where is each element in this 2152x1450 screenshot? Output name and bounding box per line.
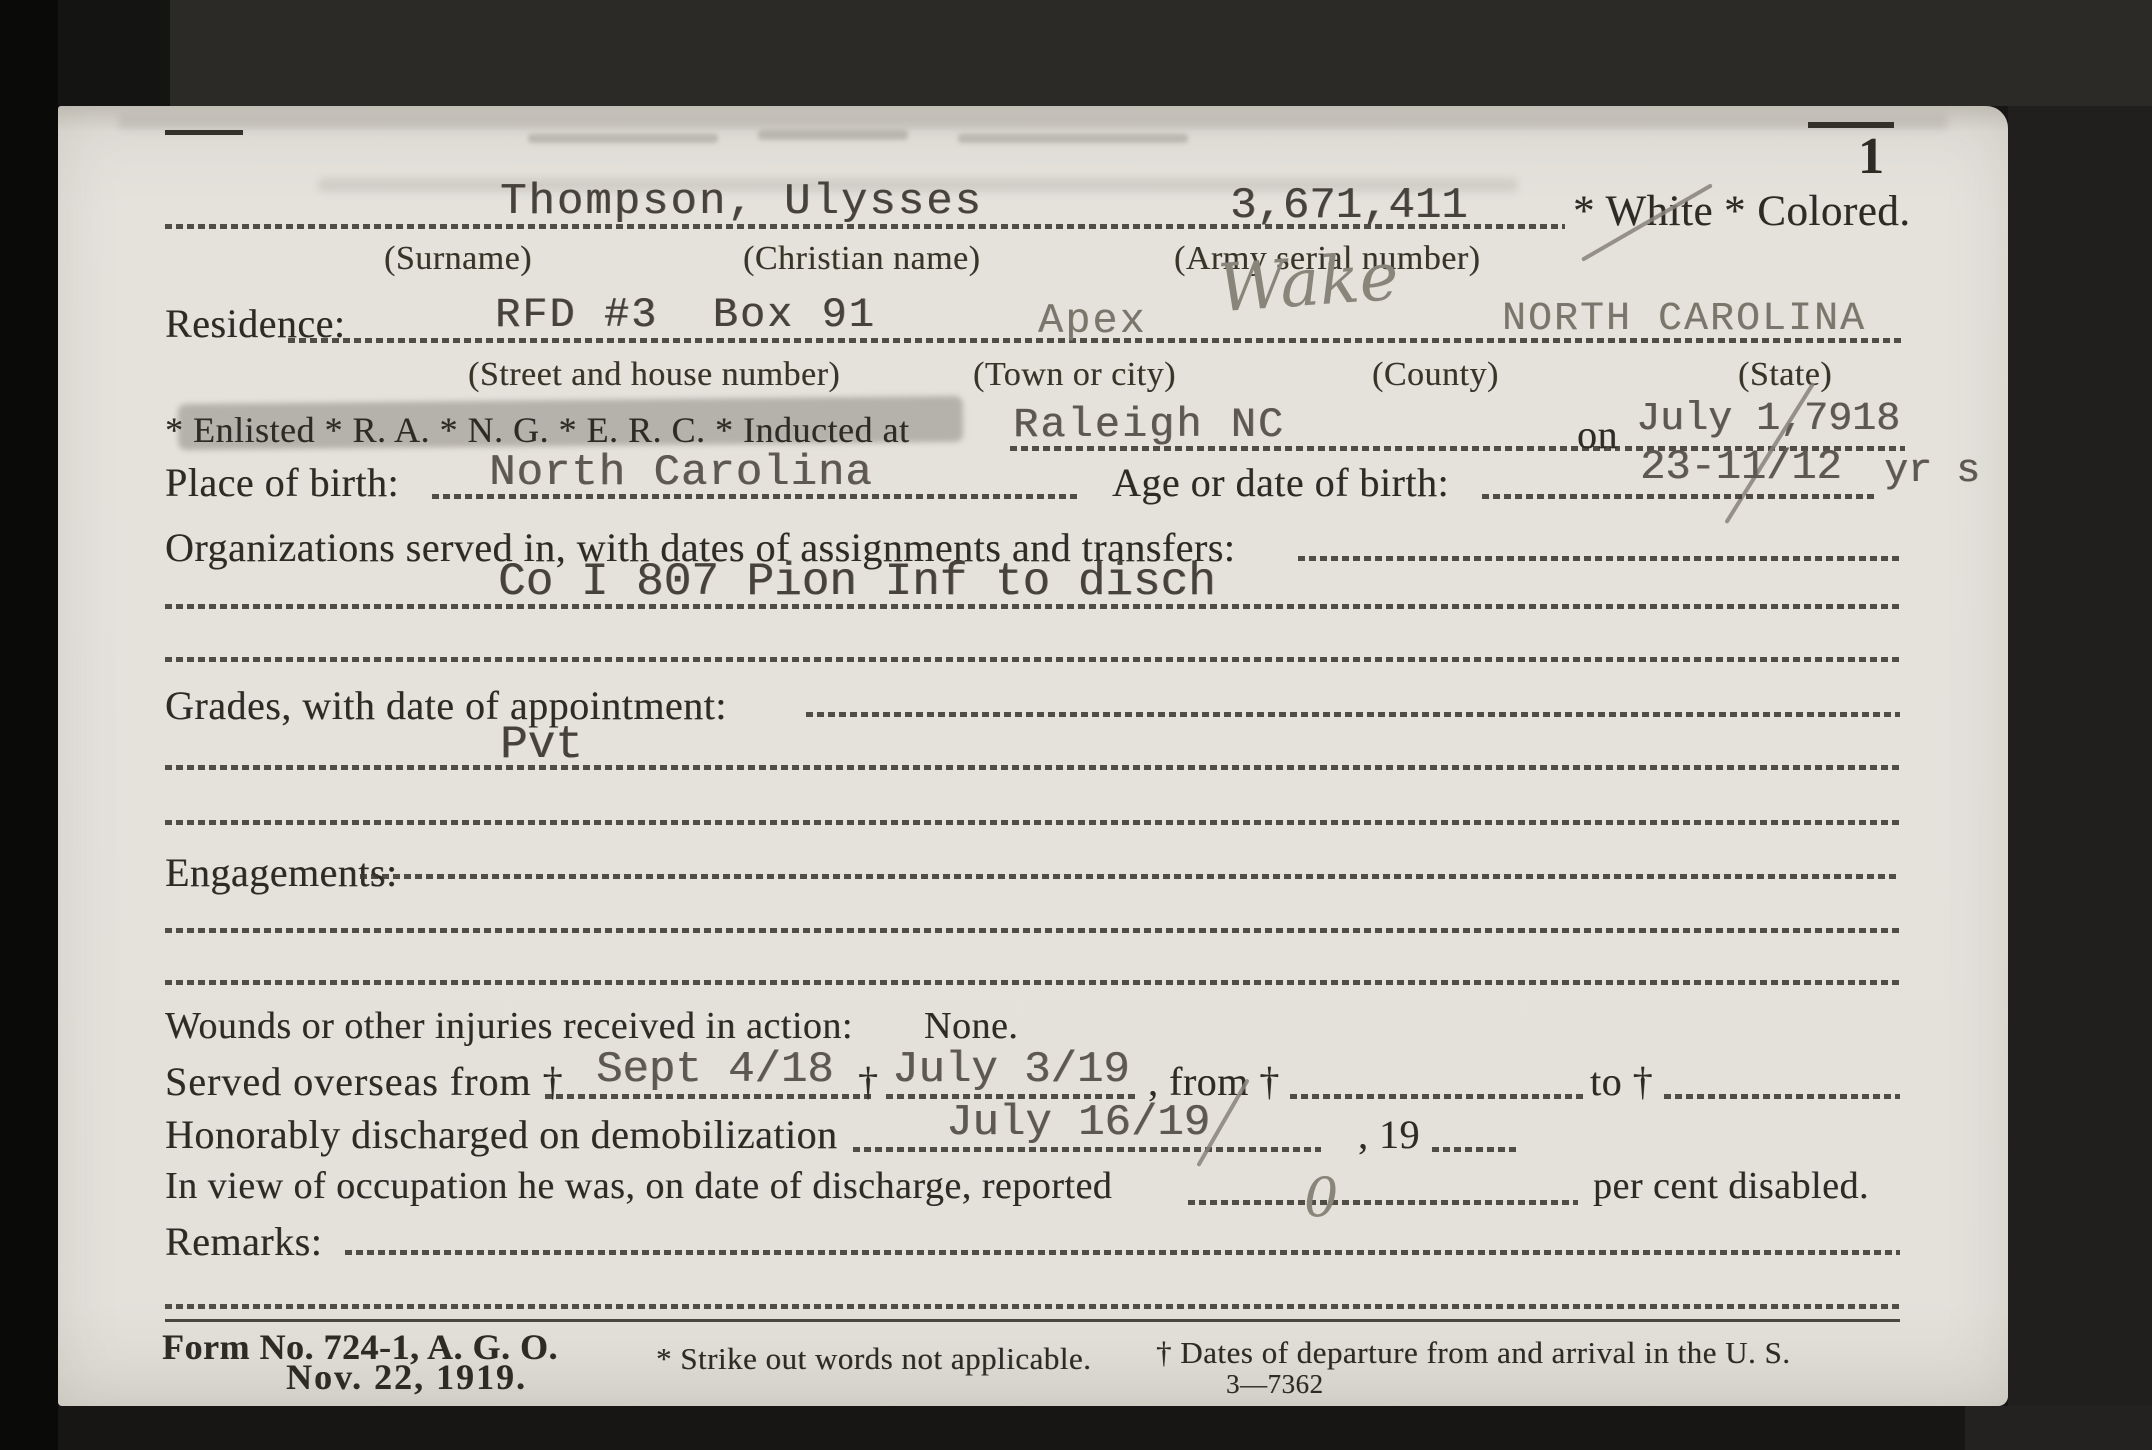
blank-dotted-line: [165, 820, 1900, 825]
disability-suffix-label: per cent disabled.: [1593, 1166, 1869, 1208]
overseas-from-dotted-line: [545, 1094, 875, 1099]
state-value: NORTH CAROLINA: [1502, 300, 1866, 340]
page-number: 1: [1858, 128, 1885, 185]
disability-handwritten-value: 0: [1304, 1166, 1338, 1229]
scanned-service-record: { "document": { "page_number": "1", "nam…: [0, 0, 2152, 1450]
overseas-to-date: July 3/19: [892, 1048, 1130, 1092]
remarks-dotted-line: [345, 1250, 1900, 1255]
induction-place-value: Raleigh NC: [1013, 404, 1285, 446]
blank-dotted-line: [165, 980, 1900, 985]
engagements-dotted-line: [360, 874, 1900, 879]
discharge-year-label: , 19: [1358, 1113, 1420, 1157]
dagger-symbol: †: [858, 1060, 879, 1104]
street-value: RFD #3 Box 91: [495, 294, 876, 336]
form-date: Nov. 22, 1919.: [286, 1358, 527, 1398]
dagger-note: † Dates of departure from and arrival in…: [1156, 1336, 1790, 1370]
overseas-from2-dotted-line: [1290, 1094, 1586, 1099]
print-code: 3—7362: [1226, 1370, 1324, 1400]
paper-edge-shadow: [118, 114, 1948, 130]
strike-out-note: * Strike out words not applicable.: [656, 1342, 1091, 1376]
scan-background-right: [2008, 106, 2152, 1406]
disability-dotted-line: [1188, 1200, 1578, 1205]
disability-label: In view of occupation he was, on date of…: [165, 1166, 1112, 1208]
street-label: (Street and house number): [468, 356, 840, 393]
christian-name-label: (Christian name): [743, 240, 980, 277]
induction-place-dotted-line: [1010, 446, 1620, 451]
engagements-label: Engagements:: [165, 851, 398, 895]
overseas-to2-dotted-line: [1664, 1094, 1900, 1099]
discharge-date-value: July 16/19: [946, 1101, 1210, 1145]
scan-background-top: [170, 0, 2152, 106]
pencil-scribble: [958, 134, 1188, 143]
grades-dotted-line: [806, 712, 1900, 717]
grades-entry-dotted-line: [165, 765, 1900, 770]
service-record-card: 1 Thompson, Ulysses 3,671,411 * White * …: [58, 106, 2008, 1406]
organizations-entry-dotted-line: [165, 604, 1900, 609]
organizations-entry: Co I 807 Pion Inf to disch: [498, 559, 1216, 605]
organizations-dotted-line: [1298, 556, 1900, 561]
scan-background-left: [0, 0, 58, 1450]
pencil-scribble: [758, 130, 908, 140]
scan-background-corner: [1965, 1406, 2152, 1450]
footer-rule: [165, 1319, 1900, 1322]
enlistment-options-line: * Enlisted * R. A. * N. G. * E. R. C. * …: [165, 411, 909, 451]
induction-date-value: July 1,7918: [1636, 400, 1900, 440]
blank-dotted-line: [165, 1304, 1900, 1309]
age-label: Age or date of birth:: [1112, 461, 1449, 505]
birth-place-label: Place of birth:: [165, 461, 399, 505]
on-label: on: [1577, 413, 1618, 457]
overseas-to2-label: to †: [1590, 1060, 1653, 1104]
top-left-tick: [165, 130, 243, 135]
age-dotted-line: [1482, 494, 1874, 499]
name-value: Thompson, Ulysses: [500, 180, 983, 224]
blank-dotted-line: [165, 657, 1900, 662]
name-dotted-line: [165, 224, 1565, 229]
grades-label: Grades, with date of appointment:: [165, 684, 727, 728]
wounds-value: None.: [924, 1006, 1018, 1048]
race-colored-label: * Colored.: [1724, 188, 1911, 235]
town-value: Apex: [1038, 300, 1147, 342]
birth-place-value: North Carolina: [489, 451, 873, 495]
overseas-label: Served overseas from †: [165, 1060, 564, 1104]
remarks-label: Remarks:: [165, 1220, 322, 1264]
age-value: 23-11/12: [1640, 446, 1842, 488]
town-label: (Town or city): [973, 356, 1176, 393]
scan-background-topleft: [58, 0, 170, 106]
surname-label: (Surname): [384, 240, 532, 277]
wounds-label: Wounds or other injuries received in act…: [165, 1006, 853, 1048]
overseas-from-date: Sept 4/18: [596, 1048, 834, 1092]
county-handwritten-value: Wake: [1216, 238, 1401, 327]
pencil-scribble: [528, 134, 718, 143]
county-label: (County): [1372, 356, 1499, 393]
discharge-label: Honorably discharged on demobilization: [165, 1113, 838, 1157]
blank-dotted-line: [165, 928, 1900, 933]
serial-value: 3,671,411: [1230, 184, 1468, 228]
age-units: yr s: [1884, 452, 1980, 492]
grades-entry: Pvt: [500, 722, 583, 768]
state-label: (State): [1738, 356, 1832, 393]
discharge-year-dotted-line: [1432, 1147, 1520, 1152]
